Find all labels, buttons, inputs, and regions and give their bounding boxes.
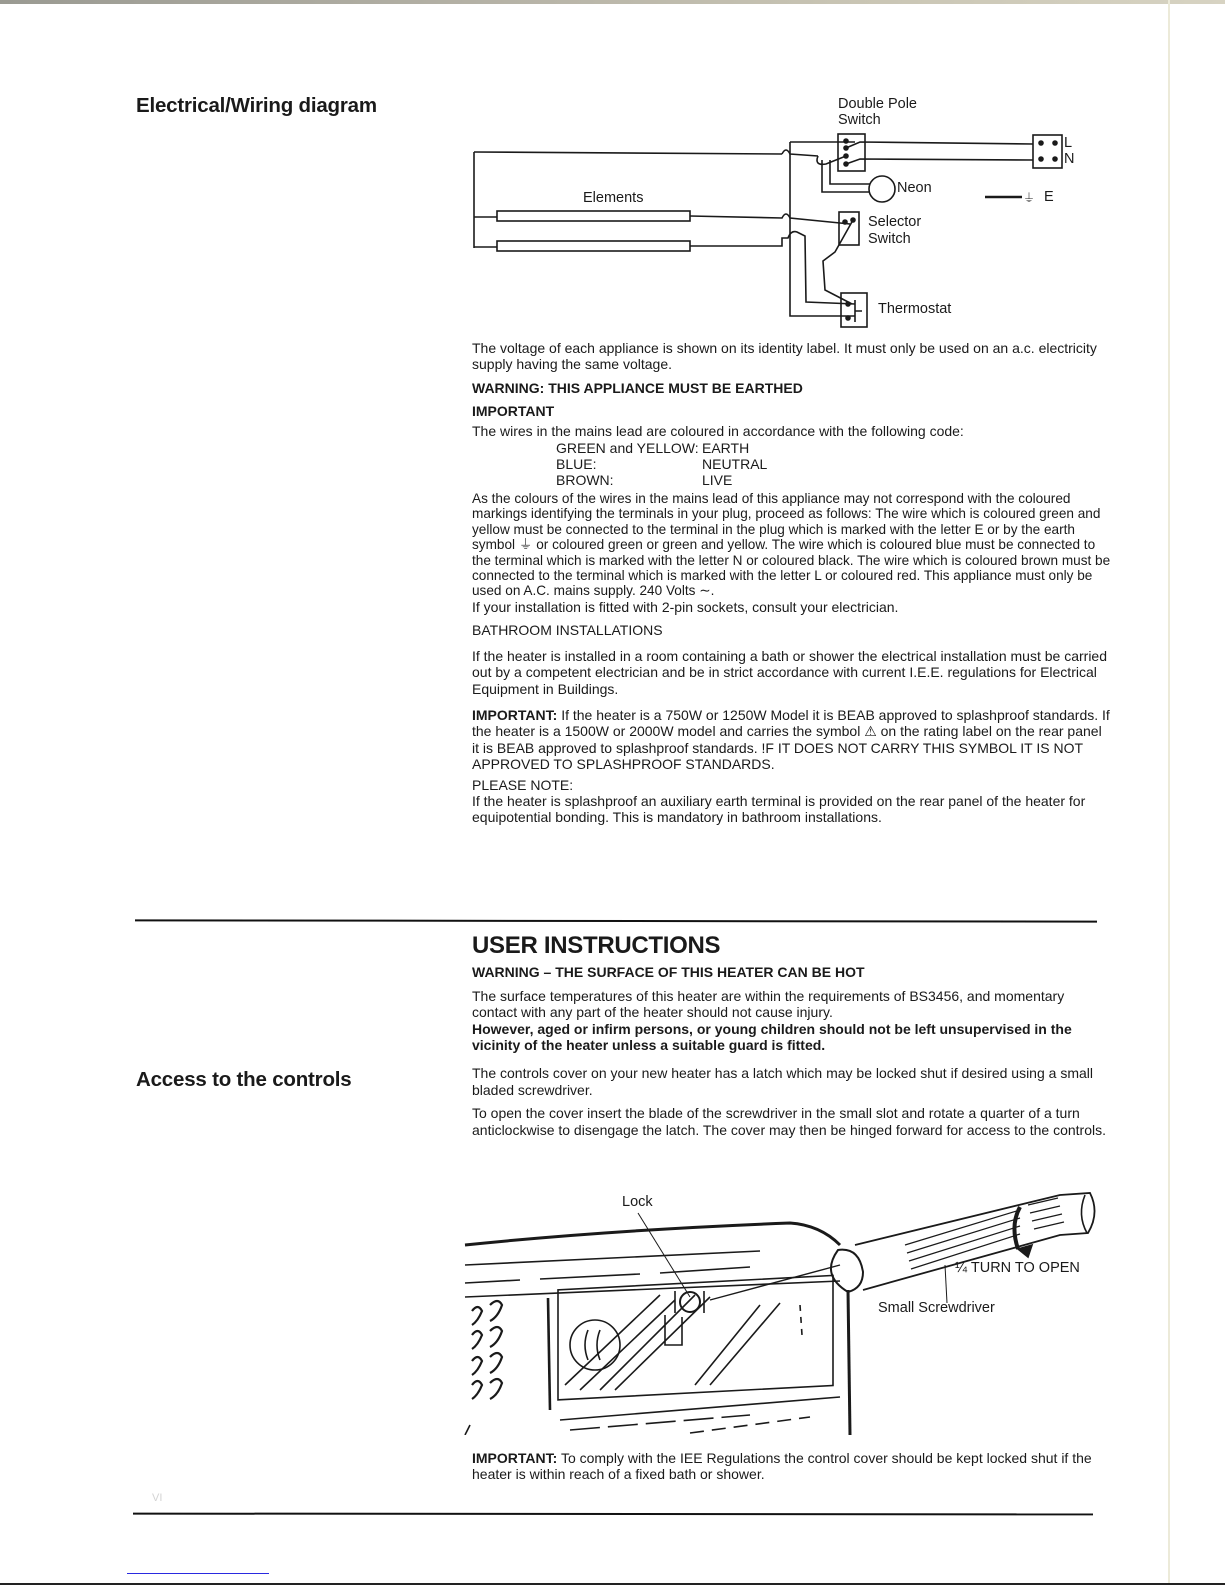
supervision-text: However, aged or infirm persons, or youn… xyxy=(472,1021,1112,1054)
wiring-diagram-heading: Electrical/Wiring diagram xyxy=(136,94,377,118)
earthed-warning: WARNING: THIS APPLIANCE MUST BE EARTHED xyxy=(472,380,1112,396)
scan-right-edge xyxy=(1168,0,1170,1585)
final-important-note: IMPORTANT: To comply with the IEE Regula… xyxy=(472,1450,1112,1490)
wire-code-row: GREEN and YELLOW:EARTH xyxy=(556,440,767,456)
scan-top-edge xyxy=(0,0,1225,4)
two-pin-note: If your installation is fitted with 2-pi… xyxy=(472,599,1112,615)
access-controls-heading: Access to the controls xyxy=(136,1068,351,1092)
controls-cover-illustration: Lock ¼ TURN TO OPEN Small Screwdriver xyxy=(460,1185,1110,1435)
hot-surface-warning: WARNING – THE SURFACE OF THIS HEATER CAN… xyxy=(472,964,1112,980)
bathroom-text: If the heater is installed in a room con… xyxy=(472,648,1112,697)
wires-intro: The wires in the mains lead are coloured… xyxy=(472,423,1112,439)
neutral-terminal-label: N xyxy=(1064,151,1074,167)
earth-symbol-icon: ⏚ xyxy=(1023,191,1035,205)
selector-switch-label-2: Switch xyxy=(868,231,911,247)
live-terminal-label: L xyxy=(1064,135,1072,151)
electrical-text-column: The voltage of each appliance is shown o… xyxy=(472,340,1112,833)
bottom-divider xyxy=(133,1513,1093,1516)
wire-code-row: BROWN:LIVE xyxy=(556,472,767,488)
plug-instructions: As the colours of the wires in the mains… xyxy=(472,491,1112,599)
please-note-text: If the heater is splashproof an auxiliar… xyxy=(472,793,1112,826)
selector-switch-label-1: Selector xyxy=(868,214,921,230)
please-note-heading: PLEASE NOTE: xyxy=(472,777,1112,793)
double-pole-switch-label-1: Double Pole xyxy=(838,96,917,112)
voltage-note: The voltage of each appliance is shown o… xyxy=(472,340,1112,373)
wiring-diagram: Double Pole Switch Elements Neon Selecto… xyxy=(460,90,1100,330)
latch-text: The controls cover on your new heater ha… xyxy=(472,1065,1112,1098)
section-divider xyxy=(135,919,1097,922)
elements-label: Elements xyxy=(583,190,643,206)
wire-code-row: BLUE:NEUTRAL xyxy=(556,456,767,472)
splashproof-important-label: IMPORTANT: xyxy=(472,707,557,723)
faint-page-mark: VI xyxy=(152,1492,162,1504)
splashproof-text: If the heater is a 750W or 1250W Model i… xyxy=(472,707,1110,772)
surface-temperature-text: The surface temperatures of this heater … xyxy=(472,988,1112,1021)
final-important-label: IMPORTANT: xyxy=(472,1450,557,1466)
user-instructions-column: USER INSTRUCTIONS WARNING – THE SURFACE … xyxy=(472,938,1112,1145)
neon-label: Neon xyxy=(897,180,932,196)
bottom-scan-line xyxy=(127,1573,269,1574)
user-instructions-heading: USER INSTRUCTIONS xyxy=(472,938,1112,954)
important-heading: IMPORTANT xyxy=(472,403,1112,419)
final-important-text: To comply with the IEE Regulations the c… xyxy=(472,1450,1092,1482)
quarter-turn-label: ¼ TURN TO OPEN xyxy=(955,1260,1080,1276)
bathroom-heading: BATHROOM INSTALLATIONS xyxy=(472,622,1112,638)
small-screwdriver-label: Small Screwdriver xyxy=(878,1300,995,1316)
wire-colour-code-table: GREEN and YELLOW:EARTH BLUE:NEUTRAL BROW… xyxy=(556,440,767,488)
thermostat-label: Thermostat xyxy=(878,301,951,317)
double-pole-switch-label-2: Switch xyxy=(838,112,881,128)
earth-terminal-label: E xyxy=(1044,189,1054,205)
open-cover-text: To open the cover insert the blade of th… xyxy=(472,1105,1112,1138)
lock-label: Lock xyxy=(622,1194,653,1210)
